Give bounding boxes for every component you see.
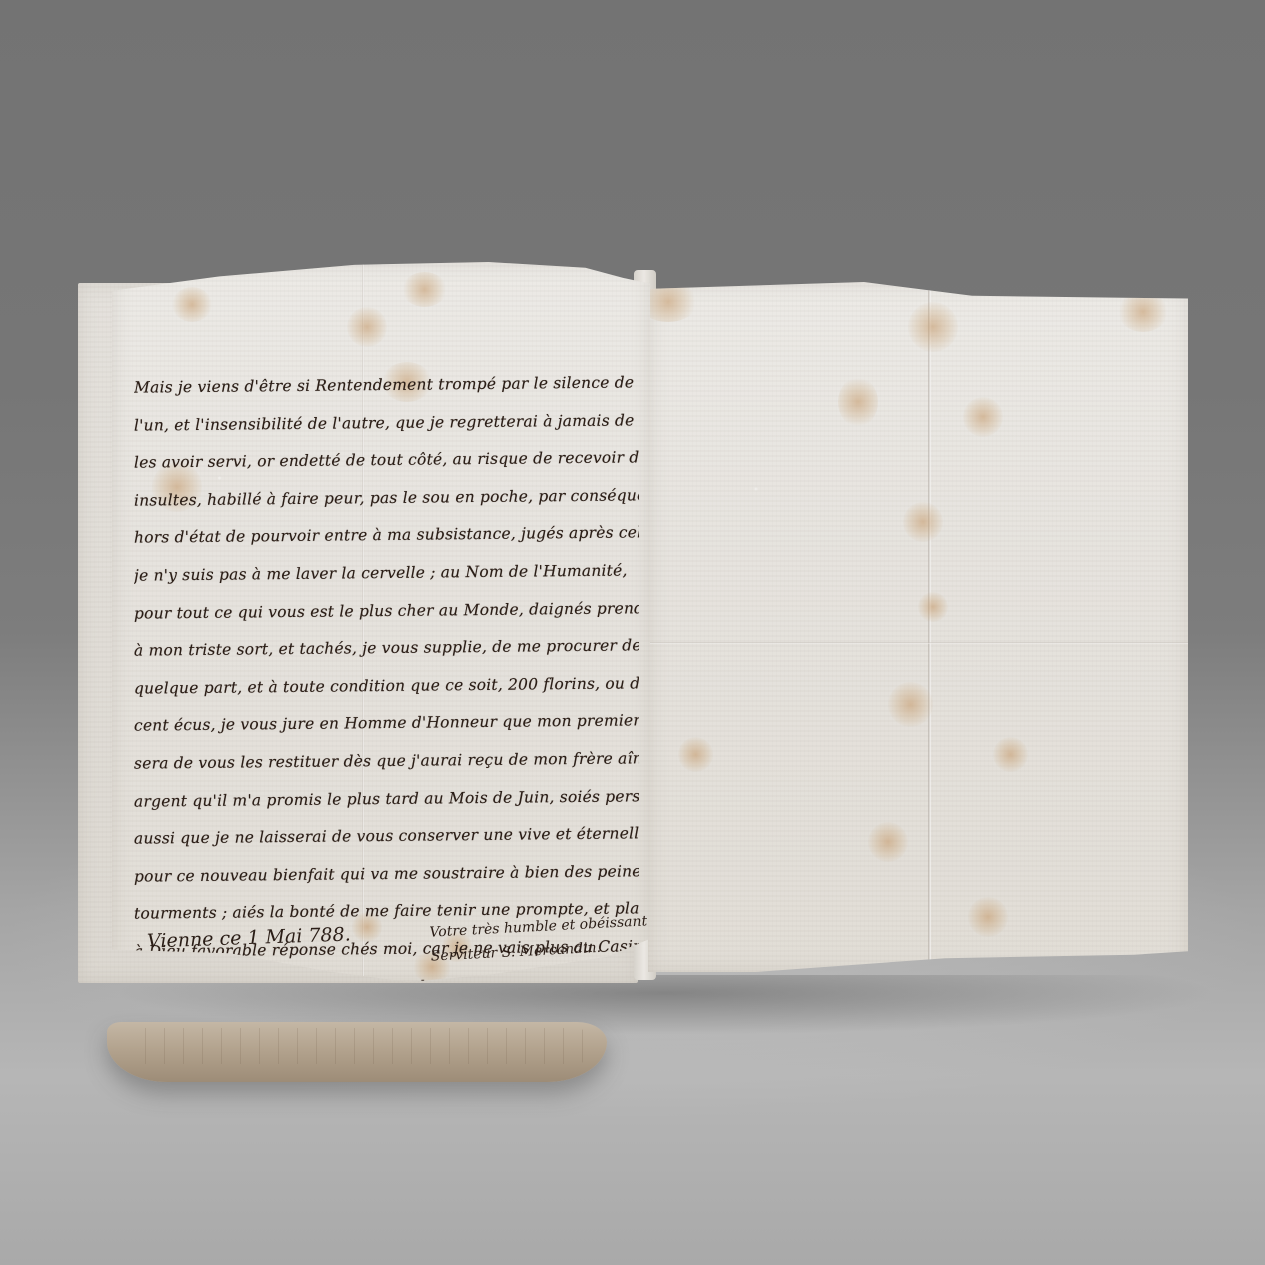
foxing-stain — [903, 502, 943, 542]
foxing-stain — [868, 822, 908, 862]
foxing-stain — [888, 682, 933, 727]
vertical-fold-crease — [928, 282, 931, 972]
foxing-stain — [172, 287, 212, 322]
foxing-stain — [347, 307, 387, 347]
letter-line: je n'y suis pas à me laver la cervelle ;… — [134, 552, 639, 595]
letter-line: cent écus, je vous jure en Homme d'Honne… — [134, 703, 639, 746]
letter-line: à mon triste sort, et tachés, je vous su… — [134, 628, 639, 671]
foxing-stain — [908, 302, 958, 352]
foxing-stain — [918, 592, 948, 622]
letter-line: pour ce nouveau bienfait qui va me soust… — [134, 853, 639, 896]
foxing-stain — [993, 737, 1028, 772]
blank-right-page — [648, 282, 1188, 972]
foxing-stain — [838, 377, 878, 427]
wooden-stand — [107, 1022, 607, 1082]
foxing-stain — [968, 897, 1008, 937]
letter-line: argent qu'il m'a promis le plus tard au … — [134, 778, 639, 821]
foxing-stain — [678, 737, 713, 772]
foxing-stain — [1118, 292, 1168, 332]
foxing-stain — [402, 272, 447, 307]
horizontal-fold-crease — [648, 642, 1188, 644]
written-left-page: Mais je viens d'être si Rentendement tro… — [112, 262, 650, 982]
photo-scene: Mais je viens d'être si Rentendement tro… — [0, 0, 1265, 1265]
letter-body: Mais je viens d'être si Rentendement tro… — [134, 367, 639, 1006]
letter-line: insultes, habillé à faire peur, pas le s… — [134, 477, 639, 520]
letter-line: l'un, et l'insensibilité de l'autre, que… — [134, 402, 639, 445]
letter-line: quelque part, et à toute condition que c… — [134, 665, 639, 708]
letter-line: sera de vous les restituer dès que j'aur… — [134, 740, 639, 783]
foxing-stain — [963, 397, 1003, 437]
letter-line: Mais je viens d'être si Rentendement tro… — [134, 364, 639, 407]
letter-line: les avoir servi, or endetté de tout côté… — [134, 440, 639, 483]
letter-line: hors d'état de pourvoir entre à ma subsi… — [134, 515, 639, 558]
letter-line: pour tout ce qui vous est le plus cher a… — [134, 590, 639, 633]
letter-line: aussi que je ne laisserai de vous conser… — [134, 815, 639, 858]
